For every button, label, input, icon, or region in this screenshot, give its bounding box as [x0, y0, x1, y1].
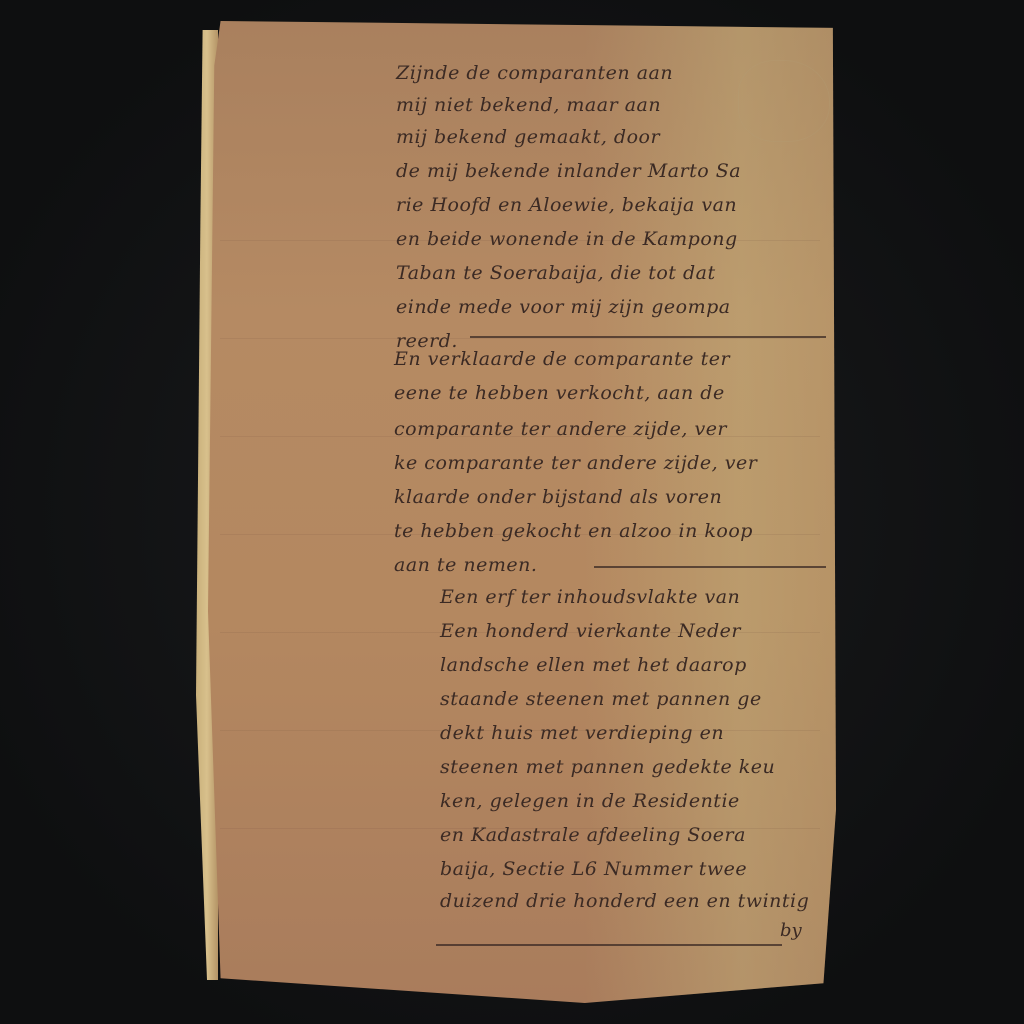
text-line: duizend drie honderd een en twintig — [440, 884, 809, 918]
line-filler-rule — [470, 336, 826, 338]
text-line: eene te hebben verkocht, aan de — [394, 376, 725, 410]
text-line: Taban te Soerabaija, die tot dat — [396, 256, 716, 290]
closing-mark: by — [780, 920, 802, 941]
scan-background: Zijnde de comparanten aan mij niet beken… — [0, 0, 1024, 1024]
text-line: en beide wonende in de Kampong — [396, 222, 738, 256]
text-line: mij bekend gemaakt, door — [396, 120, 660, 154]
text-line: rie Hoofd en Aloewie, bekaija van — [396, 188, 737, 222]
text-line: klaarde onder bijstand als voren — [394, 480, 722, 514]
text-line: ken, gelegen in de Residentie — [440, 784, 740, 818]
faded-stamp-mark — [738, 60, 830, 142]
text-line: einde mede voor mij zijn geompa — [396, 290, 731, 324]
text-line: ke comparante ter andere zijde, ver — [394, 446, 757, 480]
closing-rule — [436, 944, 782, 946]
text-line: mij niet bekend, maar aan — [396, 88, 661, 122]
line-filler-rule — [594, 566, 826, 568]
text-line: En verklaarde de comparante ter — [394, 342, 730, 376]
text-line: landsche ellen met het daarop — [440, 648, 747, 682]
text-line: steenen met pannen gedekte keu — [440, 750, 775, 784]
text-line: de mij bekende inlander Marto Sa — [396, 154, 741, 188]
text-line: dekt huis met verdieping en — [440, 716, 724, 750]
text-line: comparante ter andere zijde, ver — [394, 412, 727, 446]
text-line: te hebben gekocht en alzoo in koop — [394, 514, 753, 548]
text-line: Een erf ter inhoudsvlakte van — [440, 580, 740, 614]
text-line: aan te nemen. — [394, 548, 537, 582]
text-line: Zijnde de comparanten aan — [396, 56, 673, 90]
text-line: Een honderd vierkante Neder — [440, 614, 741, 648]
ruled-line — [220, 338, 820, 339]
text-line: baija, Sectie L6 Nummer twee — [440, 852, 747, 886]
text-line: staande steenen met pannen ge — [440, 682, 762, 716]
text-line: en Kadastrale afdeeling Soera — [440, 818, 746, 852]
